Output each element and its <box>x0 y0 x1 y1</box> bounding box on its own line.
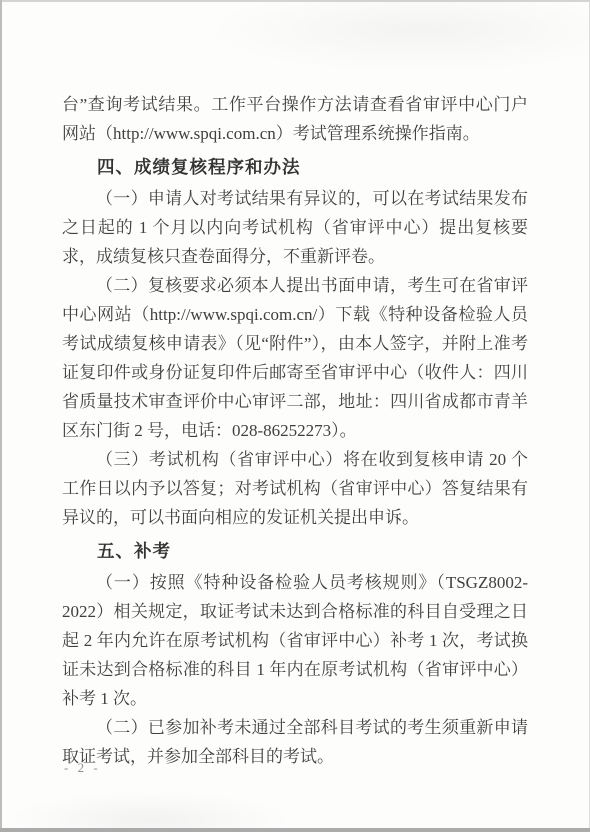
paragraph-4-item-2: （二）复核要求必须本人提出书面申请，考生可在省审评中心网站（http://www… <box>62 271 528 445</box>
section-heading-5-makeup-exam: 五、补考 <box>62 537 528 566</box>
paragraph-5-item-1: （一）按照《特种设备检验人员考核规则》（TSGZ8002-2022）相关规定，取… <box>62 568 528 713</box>
paragraph-5-item-2: （二）已参加补考未通过全部科目考试的考生须重新申请取证考试，并参加全部科目的考试… <box>62 713 528 771</box>
section-heading-4-score-review: 四、成绩复核程序和办法 <box>62 153 528 182</box>
paragraph-4-item-1: （一）申请人对考试结果有异议的，可以在考试结果发布之日起的 1 个月以内向考试机… <box>62 184 528 271</box>
scan-edge-bottom <box>0 828 590 832</box>
paragraph-continuation: 台”查询考试结果。工作平台操作方法请查看省审评中心门户网站（http://www… <box>62 90 528 148</box>
scan-edge-left <box>0 0 2 832</box>
document-body: 台”查询考试结果。工作平台操作方法请查看省审评中心门户网站（http://www… <box>62 90 528 771</box>
paragraph-4-item-3: （三）考试机构（省审评中心）将在收到复核申请 20 个工作日以内予以答复；对考试… <box>62 445 528 532</box>
page-number: - 2 - <box>64 760 101 776</box>
scanned-paper-background: 台”查询考试结果。工作平台操作方法请查看省审评中心门户网站（http://www… <box>0 0 590 832</box>
scan-edge-top <box>0 0 590 2</box>
